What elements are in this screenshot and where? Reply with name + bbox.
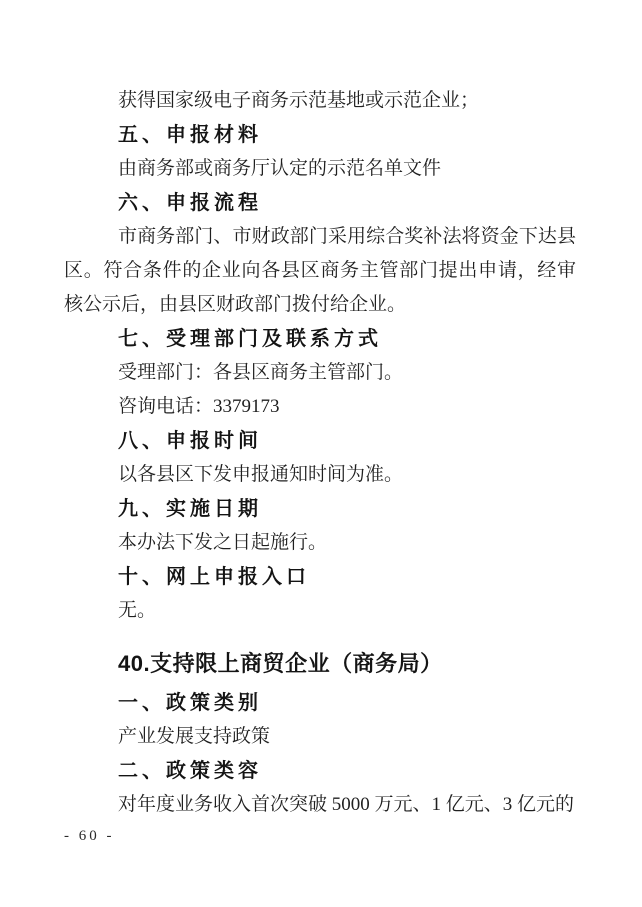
body-paragraph: 对年度业务收入首次突破 5000 万元、1 亿元、3 亿元的 xyxy=(64,788,576,822)
section-heading: 一、政策类别 xyxy=(64,686,576,720)
body-paragraph: 产业发展支持政策 xyxy=(64,720,576,754)
page-number: - 60 - xyxy=(64,828,115,845)
section-heading: 八、申报时间 xyxy=(64,424,576,458)
body-paragraph: 由商务部或商务厅认定的示范名单文件 xyxy=(64,152,576,186)
section-heading: 二、政策类容 xyxy=(64,754,576,788)
document-page: 获得国家级电子商务示范基地或示范企业；五、申报材料由商务部或商务厅认定的示范名单… xyxy=(0,0,642,907)
section-heading: 十、网上申报入口 xyxy=(64,560,576,594)
section-heading: 九、实施日期 xyxy=(64,492,576,526)
section-heading: 七、受理部门及联系方式 xyxy=(64,322,576,356)
section-heading: 五、申报材料 xyxy=(64,118,576,152)
body-paragraph: 咨询电话：3379173 xyxy=(64,390,576,424)
body-paragraph: 以各县区下发申报通知时间为准。 xyxy=(64,458,576,492)
policy-item-title: 40.支持限上商贸企业（商务局） xyxy=(64,642,576,686)
body-paragraph: 获得国家级电子商务示范基地或示范企业； xyxy=(64,84,576,118)
document-content: 获得国家级电子商务示范基地或示范企业；五、申报材料由商务部或商务厅认定的示范名单… xyxy=(64,84,576,822)
body-paragraph: 无。 xyxy=(64,594,576,628)
body-paragraph: 本办法下发之日起施行。 xyxy=(64,526,576,560)
body-paragraph: 受理部门：各县区商务主管部门。 xyxy=(64,356,576,390)
body-paragraph: 市商务部门、市财政部门采用综合奖补法将资金下达县区。符合条件的企业向各县区商务主… xyxy=(64,220,576,322)
section-heading: 六、申报流程 xyxy=(64,186,576,220)
